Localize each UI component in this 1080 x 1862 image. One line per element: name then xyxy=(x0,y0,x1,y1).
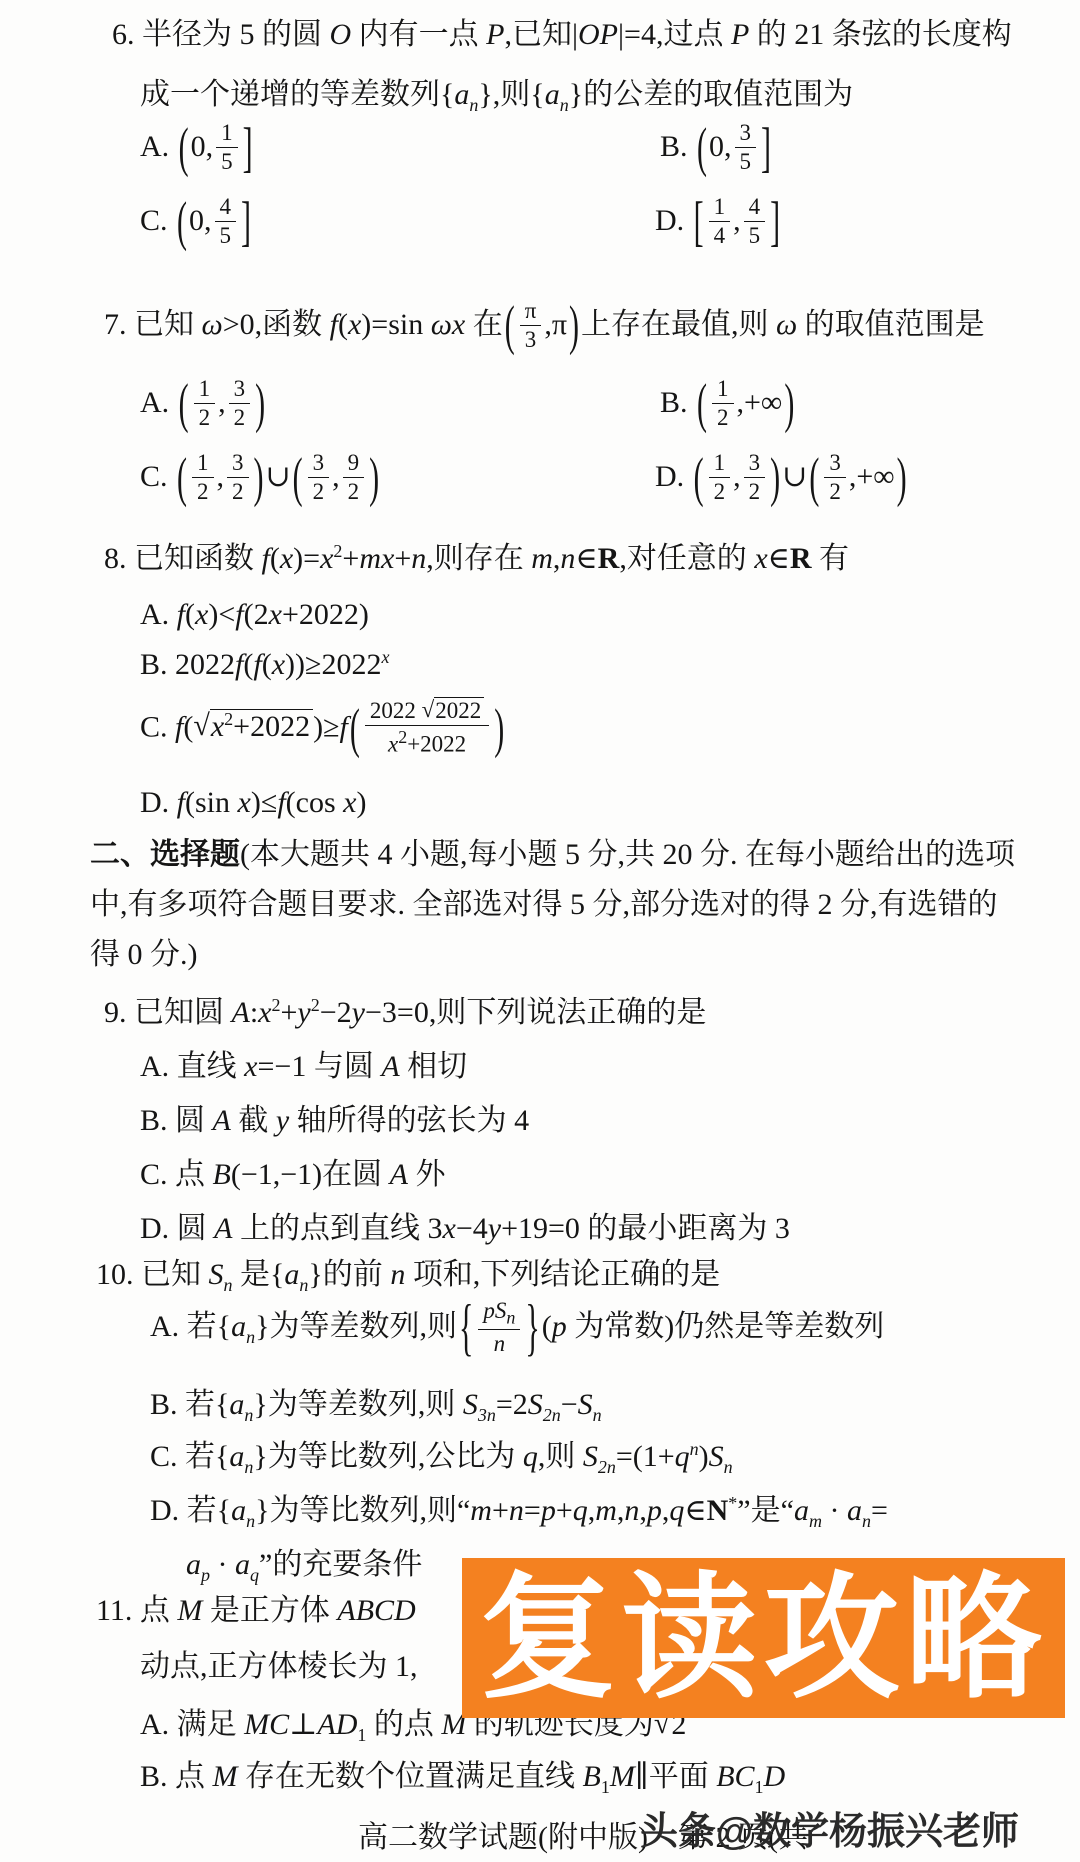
q9-option-c: C. 点 B(−1,−1)在圆 A 外 xyxy=(140,1156,446,1194)
q10-option-d-line1: D. 若{an}为等比数列,则“m+n=p+q,m,n,p,q∈N*”是“am … xyxy=(150,1492,888,1533)
exam-page: 6. 半径为 5 的圆 O 内有一点 P,已知|OP|=4,过点 P 的 21 … xyxy=(0,0,1080,1862)
watermark-author: 头条@数学杨振兴老师 xyxy=(640,1800,1019,1855)
promo-banner-text: 复读攻略 xyxy=(480,1570,1048,1706)
q9-option-d: D. 圆 A 上的点到直线 3x−4y+19=0 的最小距离为 3 xyxy=(140,1210,790,1248)
promo-banner: 复读攻略 xyxy=(462,1558,1065,1718)
q11-stem-line1: 11. 点 M 是正方体 ABCD xyxy=(96,1592,416,1630)
q8-stem: 8. 已知函数 f(x)=x2+mx+n,则存在 m,n∈R,对任意的 x∈R … xyxy=(104,540,849,578)
q7-option-b: B. (12,+∞) xyxy=(660,378,796,433)
q6-option-d: D. [14,45] xyxy=(655,196,782,251)
q9-option-a: A. 直线 x=−1 与圆 A 相切 xyxy=(140,1048,467,1086)
q10-option-c: C. 若{an}为等比数列,公比为 q,则 S2n=(1+qn)Sn xyxy=(150,1438,733,1479)
q8-option-d: D. f(sin x)≤f(cos x) xyxy=(140,784,366,822)
q9-stem: 9. 已知圆 A:x2+y2−2y−3=0,则下列说法正确的是 xyxy=(104,994,706,1032)
q7-option-a: A. (12,32) xyxy=(140,378,267,433)
section2-header-line2: 中,有多项符合题目要求. 全部选对得 5 分,部分选对的得 2 分,有选错的 xyxy=(90,886,998,924)
q6-option-a: A. (0,15] xyxy=(140,122,255,177)
q6-stem-line1: 6. 半径为 5 的圆 O 内有一点 P,已知|OP|=4,过点 P 的 21 … xyxy=(112,16,1012,54)
q11-stem-line2: 动点,正方体棱长为 1, xyxy=(140,1648,418,1686)
q8-option-a: A. f(x)<f(2x+2022) xyxy=(140,596,369,634)
q7-option-c: C. (12,32)∪(32,92) xyxy=(140,452,381,507)
q10-option-a: A. 若{an}为等差数列,则{pSnn}(p 为常数)仍然是等差数列 xyxy=(150,1300,884,1359)
q10-stem: 10. 已知 Sn 是{an}的前 n 项和,下列结论正确的是 xyxy=(96,1256,720,1297)
q6-option-c: C. (0,45] xyxy=(140,196,253,251)
section2-header-line1: 二、选择题(本大题共 4 小题,每小题 5 分,共 20 分. 在每小题给出的选… xyxy=(90,836,1015,874)
q6-option-b: B. (0,35] xyxy=(660,122,773,177)
q6-stem-line2: 成一个递增的等差数列{an},则{an}的公差的取值范围为 xyxy=(140,76,853,117)
q10-option-b: B. 若{an}为等差数列,则 S3n=2S2n−Sn xyxy=(150,1386,602,1427)
q11-option-b: B. 点 M 存在无数个位置满足直线 B1M∥平面 BC1D xyxy=(140,1758,785,1799)
q7-stem: 7. 已知 ω>0,函数 f(x)=sin ωx 在(π3,π)上存在最值,则 … xyxy=(104,300,985,355)
q10-option-d-line2: ap · aq”的充要条件 xyxy=(186,1546,422,1587)
section2-header-line3: 得 0 分.) xyxy=(90,936,198,974)
q7-option-d: D. (12,32)∪(32,+∞) xyxy=(655,452,909,507)
q8-option-c: C. f(√x2+2022)≥f(2022 √2022x2+2022) xyxy=(140,700,506,759)
q9-option-b: B. 圆 A 截 y 轴所得的弦长为 4 xyxy=(140,1102,529,1140)
q8-option-b: B. 2022f(f(x))≥2022x xyxy=(140,646,389,684)
